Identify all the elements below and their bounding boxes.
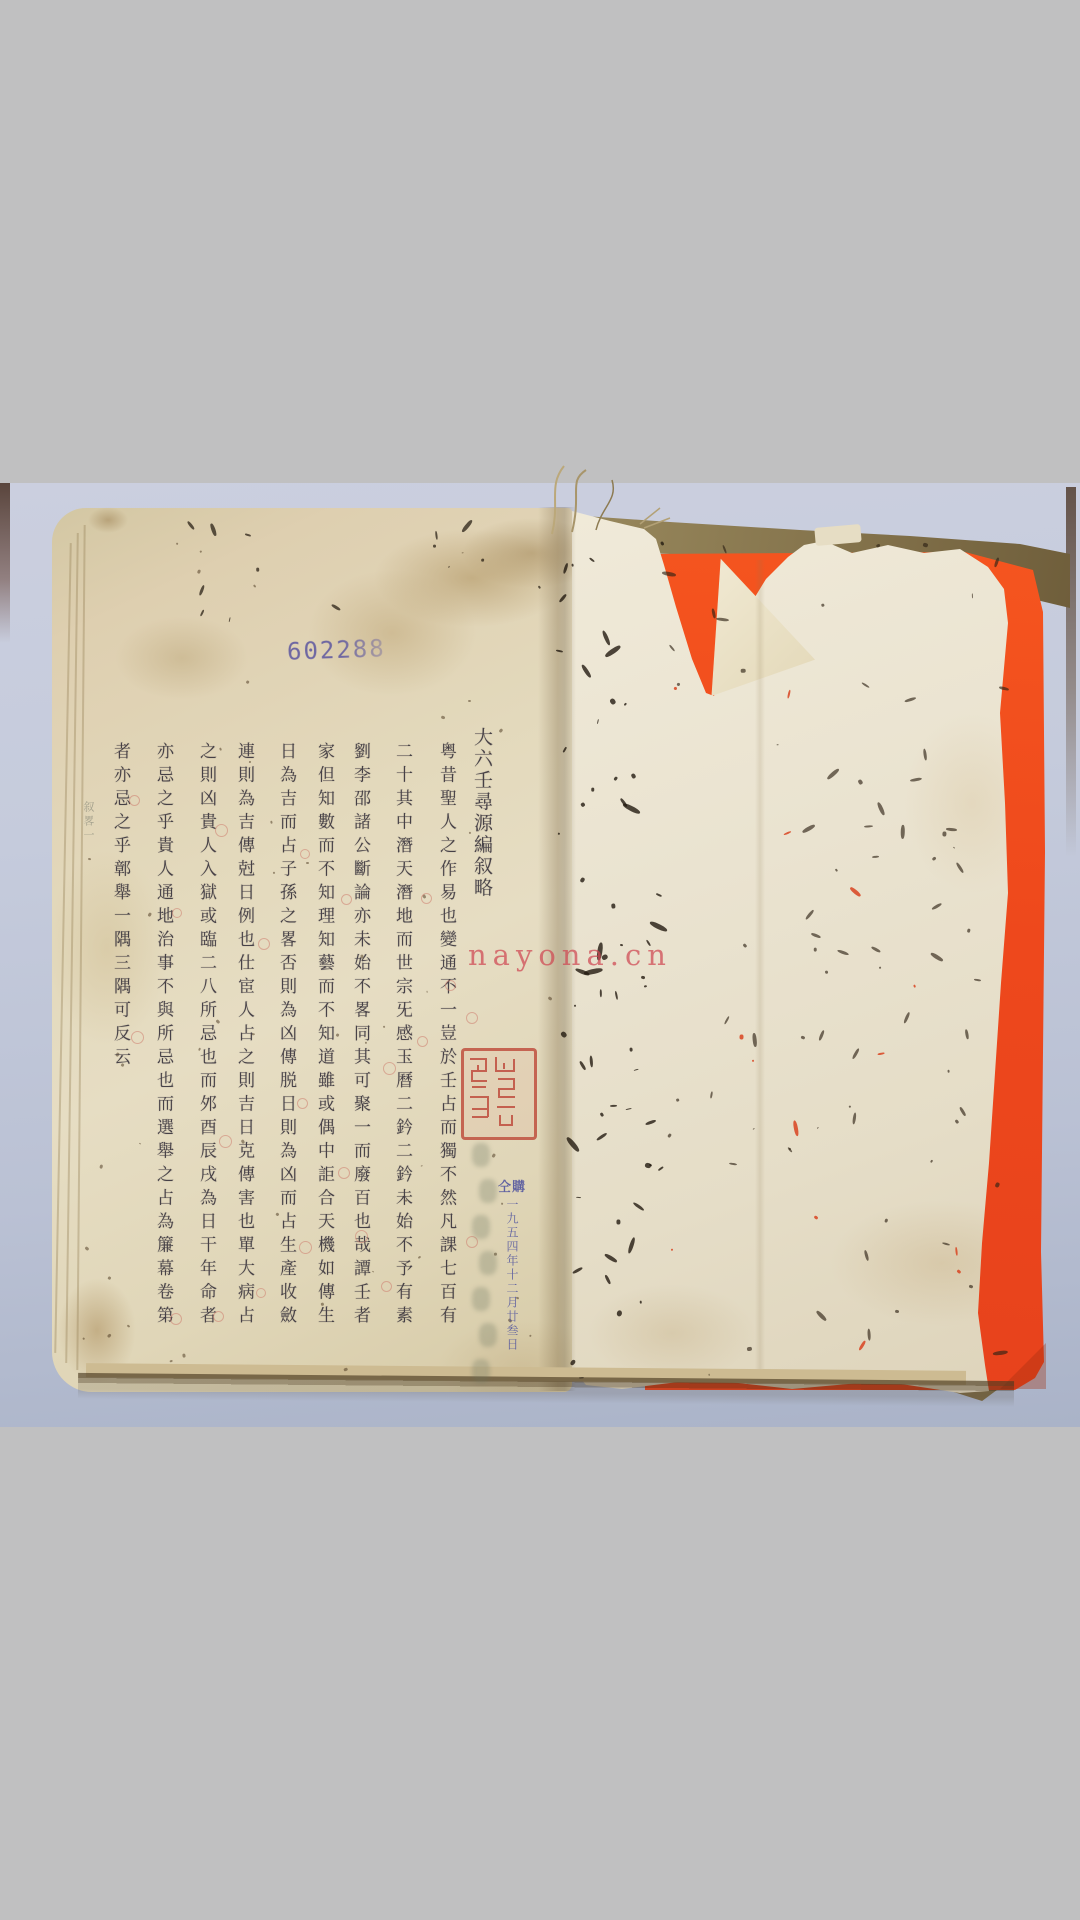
- show-through-blob: [472, 1359, 490, 1383]
- text-column: 連則為吉傳尅日例也仕宦人占之則吉日克傳害也單大病占: [227, 742, 257, 1357]
- paper-speck: [947, 1070, 950, 1073]
- accession-number-stamp: 602288: [287, 634, 387, 665]
- reading-mark-ring: [131, 1031, 144, 1044]
- reading-mark-ring: [445, 980, 456, 991]
- paper-speck: [610, 1105, 617, 1107]
- reading-mark-ring: [129, 795, 140, 806]
- watermark-text: nayona.cn: [468, 938, 672, 972]
- show-through-blob: [472, 1143, 490, 1167]
- paper-speck: [256, 567, 259, 571]
- show-through-blob: [479, 1179, 497, 1203]
- paper-speck: [739, 1034, 743, 1039]
- reading-mark-ring: [170, 1313, 182, 1325]
- text-column: 劉李邵諸公斷論亦未始不畧同其可聚一而廢百也哉譚壬者: [343, 742, 373, 1357]
- binding-threads: [540, 458, 690, 538]
- text-column: 之則凶貴人入獄或臨二八所忌也而邜酉辰戌為日干年命者: [189, 742, 219, 1357]
- reading-mark-ring: [355, 1230, 368, 1243]
- paper-speck: [558, 833, 560, 835]
- title-column: 大六壬尋源編叙略: [466, 727, 496, 917]
- reading-mark-ring: [381, 1281, 392, 1292]
- screenshot-backdrop: 大六壬尋源編叙略 粤昔聖人之作易也變通不一豈於壬占而獨不然凡課七百有二十其中潛天…: [0, 0, 1080, 1920]
- reading-mark-ring: [258, 938, 270, 950]
- reading-mark-ring: [219, 1135, 232, 1148]
- reading-mark-ring: [466, 1012, 478, 1024]
- reading-mark-ring: [172, 908, 182, 918]
- paper-speck: [872, 855, 879, 857]
- paper-speck: [971, 593, 972, 598]
- paper-speck: [813, 948, 816, 952]
- cover-page-crease: [755, 560, 765, 1380]
- reading-mark-ring: [299, 1241, 312, 1254]
- paper-speck: [741, 669, 746, 673]
- text-column: 家但知數而不知理知藝而不知道雖或偶中詎合天機如傳生: [307, 742, 337, 1357]
- acquisition-date-stamp: 仝購 一九五四年十二月廿叁日: [498, 1176, 532, 1352]
- reading-mark-ring: [215, 824, 228, 837]
- text-column: 二十其中潛天潛地而世宗旡感玉曆二鈐二鈐未始不予有素: [385, 742, 415, 1357]
- show-through-blob: [479, 1323, 497, 1347]
- manuscript-photo: 大六壬尋源編叙略 粤昔聖人之作易也變通不一豈於壬占而獨不然凡課七百有二十其中潛天…: [0, 483, 1080, 1427]
- paper-speck: [426, 990, 428, 992]
- reading-mark-ring: [341, 894, 352, 905]
- reading-mark-ring: [417, 1036, 428, 1047]
- reading-mark-ring: [297, 1098, 308, 1109]
- spine-edge-label: 叙畧一: [80, 801, 96, 881]
- paper-speck: [592, 787, 595, 791]
- reading-mark-ring: [300, 849, 310, 859]
- red-collector-seal: [461, 1048, 537, 1140]
- photo-left-edge-sliver: [0, 483, 10, 643]
- reading-mark-ring: [213, 1311, 224, 1322]
- acquisition-stamp-date: 一九五四年十二月廿叁日: [504, 1198, 521, 1352]
- text-column: 粤昔聖人之作易也變通不一豈於壬占而獨不然凡課七百有: [429, 742, 459, 1357]
- show-through-blob: [472, 1215, 490, 1239]
- text-column: 者亦忌之乎鄣舉一隅三隅可反云: [103, 742, 133, 1357]
- paper-speck: [182, 1353, 186, 1357]
- reading-mark-ring: [383, 1062, 396, 1075]
- backing-board-right-edge: [1066, 487, 1076, 857]
- reading-mark-ring: [338, 1167, 350, 1179]
- show-through-blob: [479, 1251, 497, 1275]
- worn-corner-top-left: [88, 507, 128, 533]
- paper-speck: [629, 1048, 633, 1052]
- text-column: 亦忌之乎貴人通地治事不與所忌也而選舉之占為簾幕卷第: [146, 742, 176, 1357]
- paper-speck: [708, 1374, 710, 1376]
- show-through-blob: [472, 1287, 490, 1311]
- text-column: 日為吉而占子孫之畧否則為凶傳脱日則為凶而占生產收斂: [269, 742, 299, 1357]
- paper-speck: [571, 564, 574, 567]
- reading-mark-ring: [421, 893, 432, 904]
- paper-speck: [913, 984, 916, 987]
- reading-mark-ring: [256, 1288, 266, 1298]
- paper-speck: [468, 700, 471, 702]
- acquisition-stamp-prefix: 仝購: [498, 1176, 532, 1195]
- paper-speck: [617, 1219, 621, 1224]
